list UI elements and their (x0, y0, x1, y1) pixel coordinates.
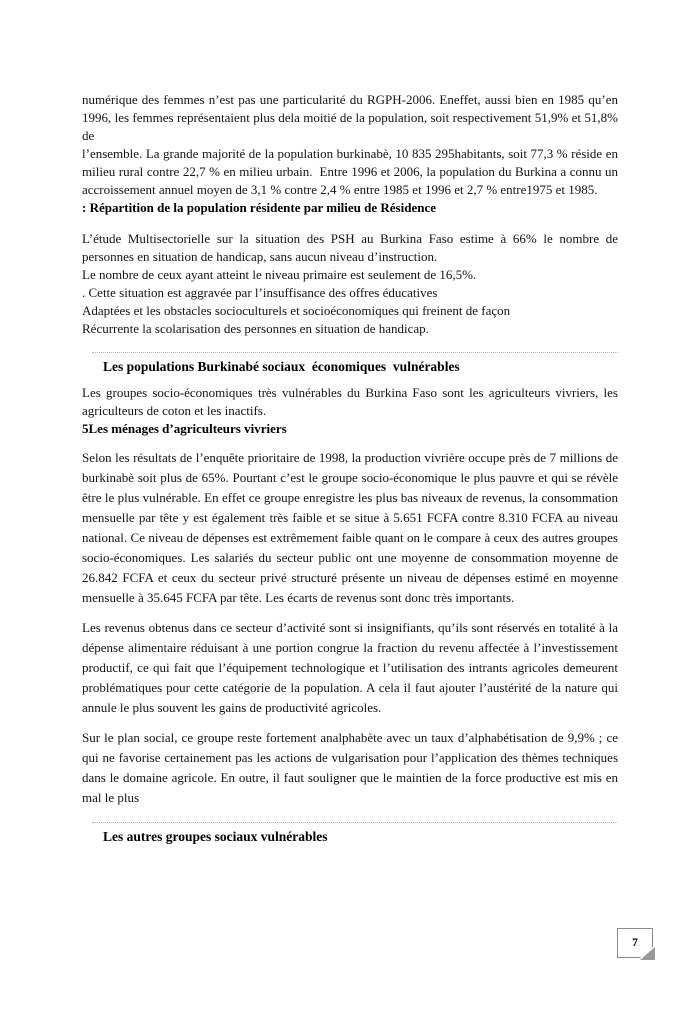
page-number: 7 (632, 937, 638, 949)
autres-groupes-heading: Les autres groupes sociaux vulnérables (92, 828, 618, 846)
groupes-socio-economiques-paragraph: Les groupes socio-économiques très vulné… (82, 384, 618, 420)
intro-paragraph: numérique des femmes n’est pas une parti… (82, 91, 618, 199)
dotted-rule (92, 352, 618, 353)
plan-social-paragraph: Sur le plan social, ce groupe reste fort… (82, 728, 618, 808)
document-page: numérique des femmes n’est pas une parti… (82, 91, 618, 846)
section-autres-groupes: Les autres groupes sociaux vulnérables (92, 822, 618, 846)
repartition-heading: : Répartition de la population résidente… (82, 199, 618, 217)
folded-corner-icon (640, 947, 655, 960)
page-number-box: 7 (617, 928, 653, 958)
revenus-paragraph: Les revenus obtenus dans ce secteur d’ac… (82, 618, 618, 718)
enquete-prioritaire-paragraph: Selon les résultats de l’enquête priorit… (82, 448, 618, 608)
menages-agriculteurs-heading: 5Les ménages d’agriculteurs vivriers (82, 420, 618, 438)
populations-vulnerables-heading: Les populations Burkinabé sociaux économ… (92, 358, 618, 376)
psh-study-paragraph: L’étude Multisectorielle sur la situatio… (82, 230, 618, 338)
dotted-rule (92, 822, 618, 823)
section-populations-vulnerables: Les populations Burkinabé sociaux économ… (92, 352, 618, 376)
